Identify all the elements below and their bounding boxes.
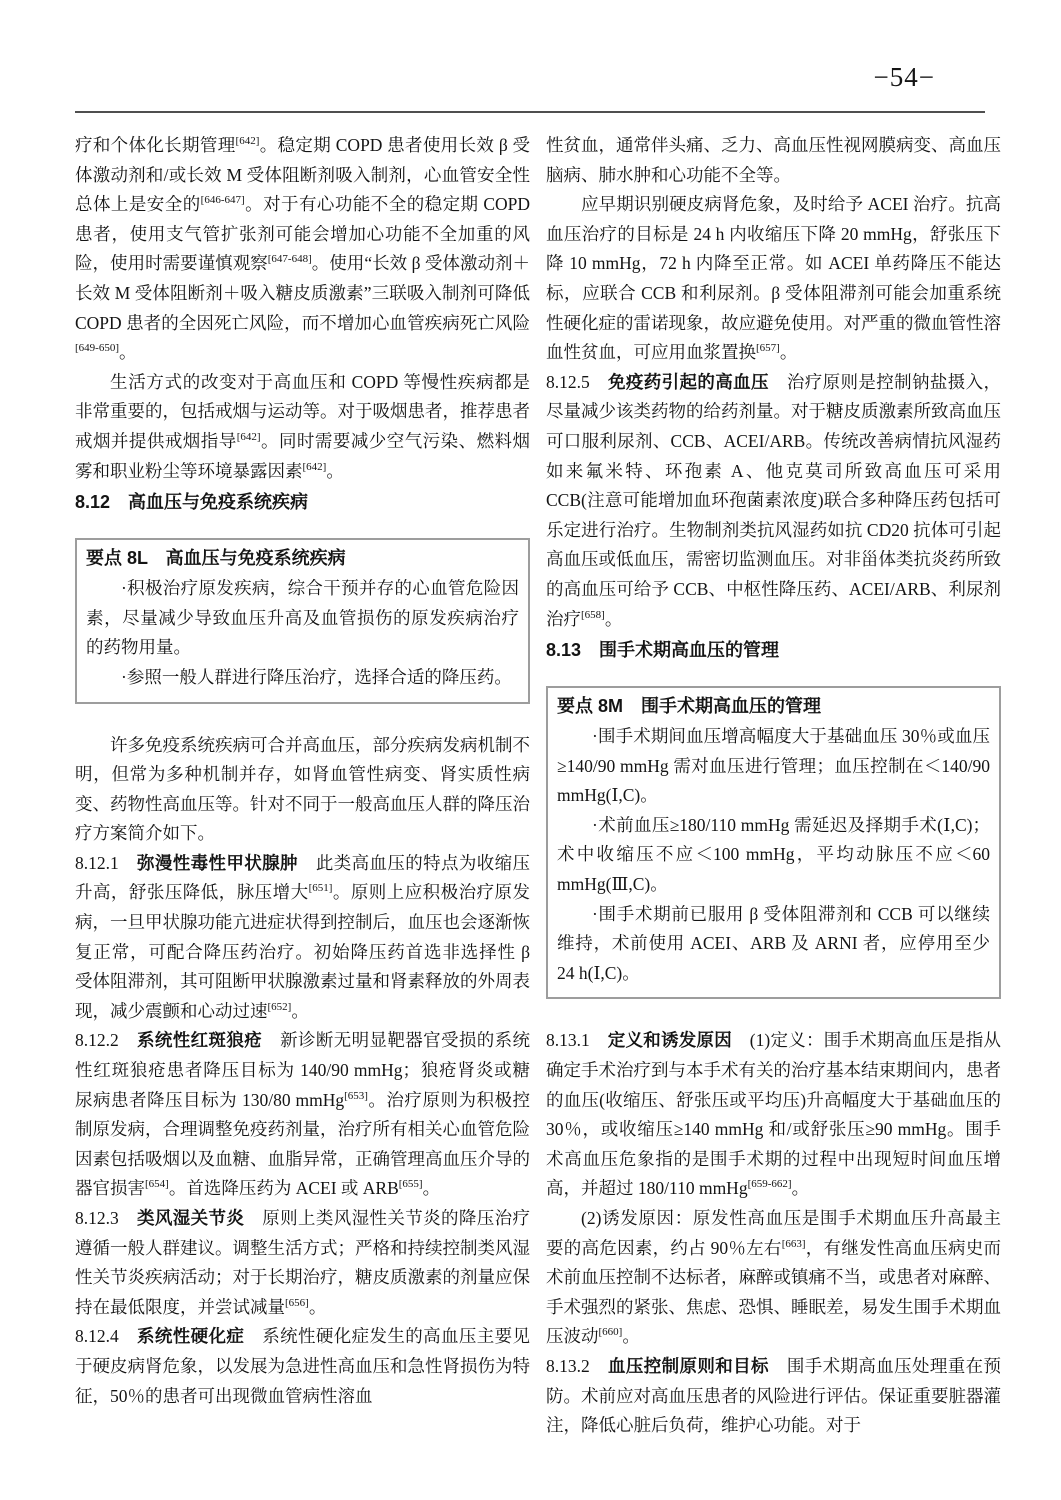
citation-ref: [642] bbox=[237, 431, 261, 443]
key-point-item: ·参照一般人群进行降压治疗，选择合适的降压药。 bbox=[86, 663, 519, 693]
citation-ref: [646-647] bbox=[201, 194, 245, 206]
run-in-heading: 免疫药引起的高血压 bbox=[608, 372, 769, 392]
citation-ref: [660] bbox=[599, 1327, 623, 1339]
paragraph: 8.12.5 免疫药引起的高血压 治疗原则是控制钠盐摄入，尽量减少该类药物的给药… bbox=[546, 368, 1001, 634]
citation-ref: [653] bbox=[344, 1090, 368, 1102]
right-column: 性贫血，通常伴头痛、乏力、高血压性视网膜病变、高血压脑病、肺水肿和心功能不全等。… bbox=[546, 131, 1001, 1441]
header-rule bbox=[75, 111, 985, 113]
paragraph: 许多免疫系统疾病可合并高血压，部分疾病发病机制不明，但常为多种机制并存，如肾血管… bbox=[75, 731, 530, 849]
run-in-heading: 类风湿关节炎 bbox=[137, 1208, 244, 1228]
citation-ref: [649-650] bbox=[75, 342, 119, 354]
key-points-title: 要点 8L 高血压与免疫系统疾病 bbox=[86, 543, 519, 574]
key-point-item: ·围手术期前已服用 β 受体阻滞剂和 CCB 可以继续维持，术前使用 ACEI、… bbox=[557, 900, 990, 989]
citation-ref: [663] bbox=[782, 1238, 806, 1250]
paragraph: 性贫血，通常伴头痛、乏力、高血压性视网膜病变、高血压脑病、肺水肿和心功能不全等。 bbox=[546, 131, 1001, 190]
citation-ref: [655] bbox=[399, 1179, 423, 1191]
citation-ref: [659-662] bbox=[748, 1179, 792, 1191]
document-page: −54− 疗和个体化长期管理[642]。稳定期 COPD 患者使用长效 β 受体… bbox=[0, 0, 1061, 1500]
key-point-item: ·围手术期间血压增高幅度大于基础血压 30％或血压≥140/90 mmHg 需对… bbox=[557, 722, 990, 811]
page-number: −54− bbox=[874, 62, 935, 93]
citation-ref: [657] bbox=[756, 342, 780, 354]
citation-ref: [656] bbox=[285, 1297, 309, 1309]
paragraph: 应早期识别硬皮病肾危象，及时给予 ACEI 治疗。抗高血压治疗的目标是 24 h… bbox=[546, 190, 1001, 368]
paragraph: 生活方式的改变对于高血压和 COPD 等慢性疾病都是非常重要的，包括戒烟与运动等… bbox=[75, 368, 530, 486]
citation-ref: [651] bbox=[309, 883, 333, 895]
citation-ref: [652] bbox=[268, 1001, 292, 1013]
key-point-item: ·术前血压≥180/110 mmHg 需延迟及择期手术(Ⅰ,C)；术中收缩压不应… bbox=[557, 811, 990, 900]
key-point-item: ·积极治疗原发疾病，综合干预并存的心血管危险因素，尽量减少导致血压升高及血管损伤… bbox=[86, 574, 519, 663]
run-in-heading: 定义和诱发原因 bbox=[608, 1030, 732, 1050]
paragraph: 8.13.1 定义和诱发原因 (1)定义：围手术期高血压是指从确定手术治疗到与本… bbox=[546, 1026, 1001, 1204]
citation-ref: [647-648] bbox=[268, 254, 312, 266]
run-in-heading: 弥漫性毒性甲状腺肿 bbox=[137, 853, 298, 873]
citation-ref: [654] bbox=[145, 1179, 169, 1191]
left-column: 疗和个体化长期管理[642]。稳定期 COPD 患者使用长效 β 受体激动剂和/… bbox=[75, 131, 530, 1441]
run-in-heading: 系统性硬化症 bbox=[137, 1326, 244, 1346]
citation-ref: [642] bbox=[236, 135, 260, 147]
section-heading: 8.12 高血压与免疫系统疾病 bbox=[75, 487, 530, 517]
key-points-box: 要点 8L 高血压与免疫系统疾病·积极治疗原发疾病，综合干预并存的心血管危险因素… bbox=[75, 538, 530, 703]
paragraph: 8.12.3 类风湿关节炎 原则上类风湿性关节炎的降压治疗遵循一般人群建议。调整… bbox=[75, 1204, 530, 1322]
citation-ref: [658] bbox=[581, 609, 605, 621]
run-in-heading: 系统性红斑狼疮 bbox=[137, 1030, 262, 1050]
paragraph: 8.12.2 系统性红斑狼疮 新诊断无明显靶器官受损的系统性红斑狼疮患者降压目标… bbox=[75, 1026, 530, 1204]
paragraph: 8.12.4 系统性硬化症 系统性硬化症发生的高血压主要见于硬皮病肾危象，以发展… bbox=[75, 1322, 530, 1411]
paragraph: 8.13.2 血压控制原则和目标 围手术期高血压处理重在预防。术前应对高血压患者… bbox=[546, 1352, 1001, 1441]
paragraph: 8.12.1 弥漫性毒性甲状腺肿 此类高血压的特点为收缩压升高，舒张压降低，脉压… bbox=[75, 849, 530, 1027]
two-column-layout: 疗和个体化长期管理[642]。稳定期 COPD 患者使用长效 β 受体激动剂和/… bbox=[75, 131, 1001, 1441]
paragraph: 疗和个体化长期管理[642]。稳定期 COPD 患者使用长效 β 受体激动剂和/… bbox=[75, 131, 530, 368]
paragraph: (2)诱发原因：原发性高血压是围手术期血压升高最主要的高危因素，约占 90％左右… bbox=[546, 1204, 1001, 1352]
run-in-heading: 血压控制原则和目标 bbox=[608, 1356, 769, 1376]
section-heading: 8.13 围手术期高血压的管理 bbox=[546, 635, 1001, 665]
citation-ref: [642] bbox=[303, 461, 327, 473]
key-points-title: 要点 8M 围手术期高血压的管理 bbox=[557, 691, 990, 722]
key-points-box: 要点 8M 围手术期高血压的管理·围手术期间血压增高幅度大于基础血压 30％或血… bbox=[546, 686, 1001, 999]
